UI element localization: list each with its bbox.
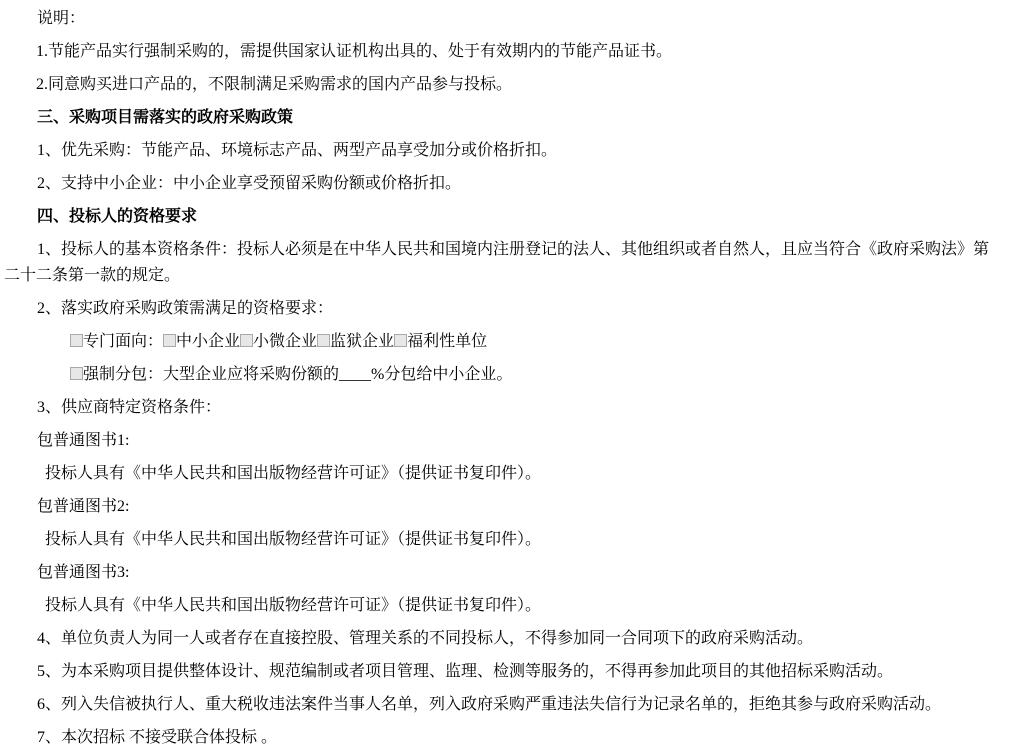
checkbox-mandatory-subcontract[interactable]: [70, 367, 83, 380]
package-requirement: 投标人具有《中华人民共和国出版物经营许可证》（提供证书复印件）。: [4, 527, 1012, 553]
option-label-prison-enterprise: 监狱企业: [330, 333, 394, 350]
special-target-line: 专门面向：中小企业小微企业监狱企业福利性单位: [4, 329, 1012, 355]
qualification-item: 4、单位负责人为同一人或者存在直接控股、管理关系的不同投标人，不得参加同一合同项…: [4, 626, 1012, 652]
special-target-label: 专门面向：: [83, 333, 163, 350]
package-name: 包普通图书1:: [4, 428, 1012, 454]
section-heading-qualification: 四、投标人的资格要求: [4, 204, 1012, 230]
checkbox-prison-enterprise[interactable]: [317, 334, 330, 347]
checkbox-welfare-unit[interactable]: [394, 334, 407, 347]
qualification-item: 7、本次招标 不接受联合体投标 。: [4, 725, 1012, 749]
option-label-small-medium-enterprise: 中小企业: [176, 333, 240, 350]
option-label-micro-enterprise: 小微企业: [253, 333, 317, 350]
procurement-document: 说明： 1.节能产品实行强制采购的，需提供国家认证机构出具的、处于有效期内的节能…: [0, 0, 1014, 749]
subcontract-label: 强制分包：: [83, 366, 163, 383]
qualification-policy-item: 2、落实政府采购政策需满足的资格要求：: [4, 296, 1012, 322]
checkbox-special-target[interactable]: [70, 334, 83, 347]
package-name: 包普通图书2:: [4, 494, 1012, 520]
checkbox-micro-enterprise[interactable]: [240, 334, 253, 347]
qualification-specific-item: 3、供应商特定资格条件：: [4, 395, 1012, 421]
section-heading-policy: 三、采购项目需落实的政府采购政策: [4, 105, 1012, 131]
subcontract-text: 大型企业应将采购份额的____%分包给中小企业。: [163, 366, 512, 383]
intro-note: 2.同意购买进口产品的，不限制满足采购需求的国内产品参与投标。: [4, 72, 1012, 98]
qualification-item: 5、为本采购项目提供整体设计、规范编制或者项目管理、监理、检测等服务的，不得再参…: [4, 659, 1012, 685]
subcontract-line: 强制分包：大型企业应将采购份额的____%分包给中小企业。: [4, 362, 1012, 388]
package-requirement: 投标人具有《中华人民共和国出版物经营许可证》（提供证书复印件）。: [4, 461, 1012, 487]
qualification-basic-item: 1、投标人的基本资格条件：投标人必须是在中华人民共和国境内注册登记的法人、其他组…: [4, 237, 996, 289]
checkbox-small-medium-enterprise[interactable]: [163, 334, 176, 347]
intro-title: 说明：: [4, 6, 1012, 32]
policy-item: 1、优先采购：节能产品、环境标志产品、两型产品享受加分或价格折扣。: [4, 138, 1012, 164]
package-requirement: 投标人具有《中华人民共和国出版物经营许可证》（提供证书复印件）。: [4, 593, 1012, 619]
package-name: 包普通图书3:: [4, 560, 1012, 586]
qualification-item: 6、列入失信被执行人、重大税收违法案件当事人名单，列入政府采购严重违法失信行为记…: [4, 692, 1012, 718]
option-label-welfare-unit: 福利性单位: [407, 333, 487, 350]
policy-item: 2、支持中小企业：中小企业享受预留采购份额或价格折扣。: [4, 171, 1012, 197]
intro-note: 1.节能产品实行强制采购的，需提供国家认证机构出具的、处于有效期内的节能产品证书…: [4, 39, 1012, 65]
